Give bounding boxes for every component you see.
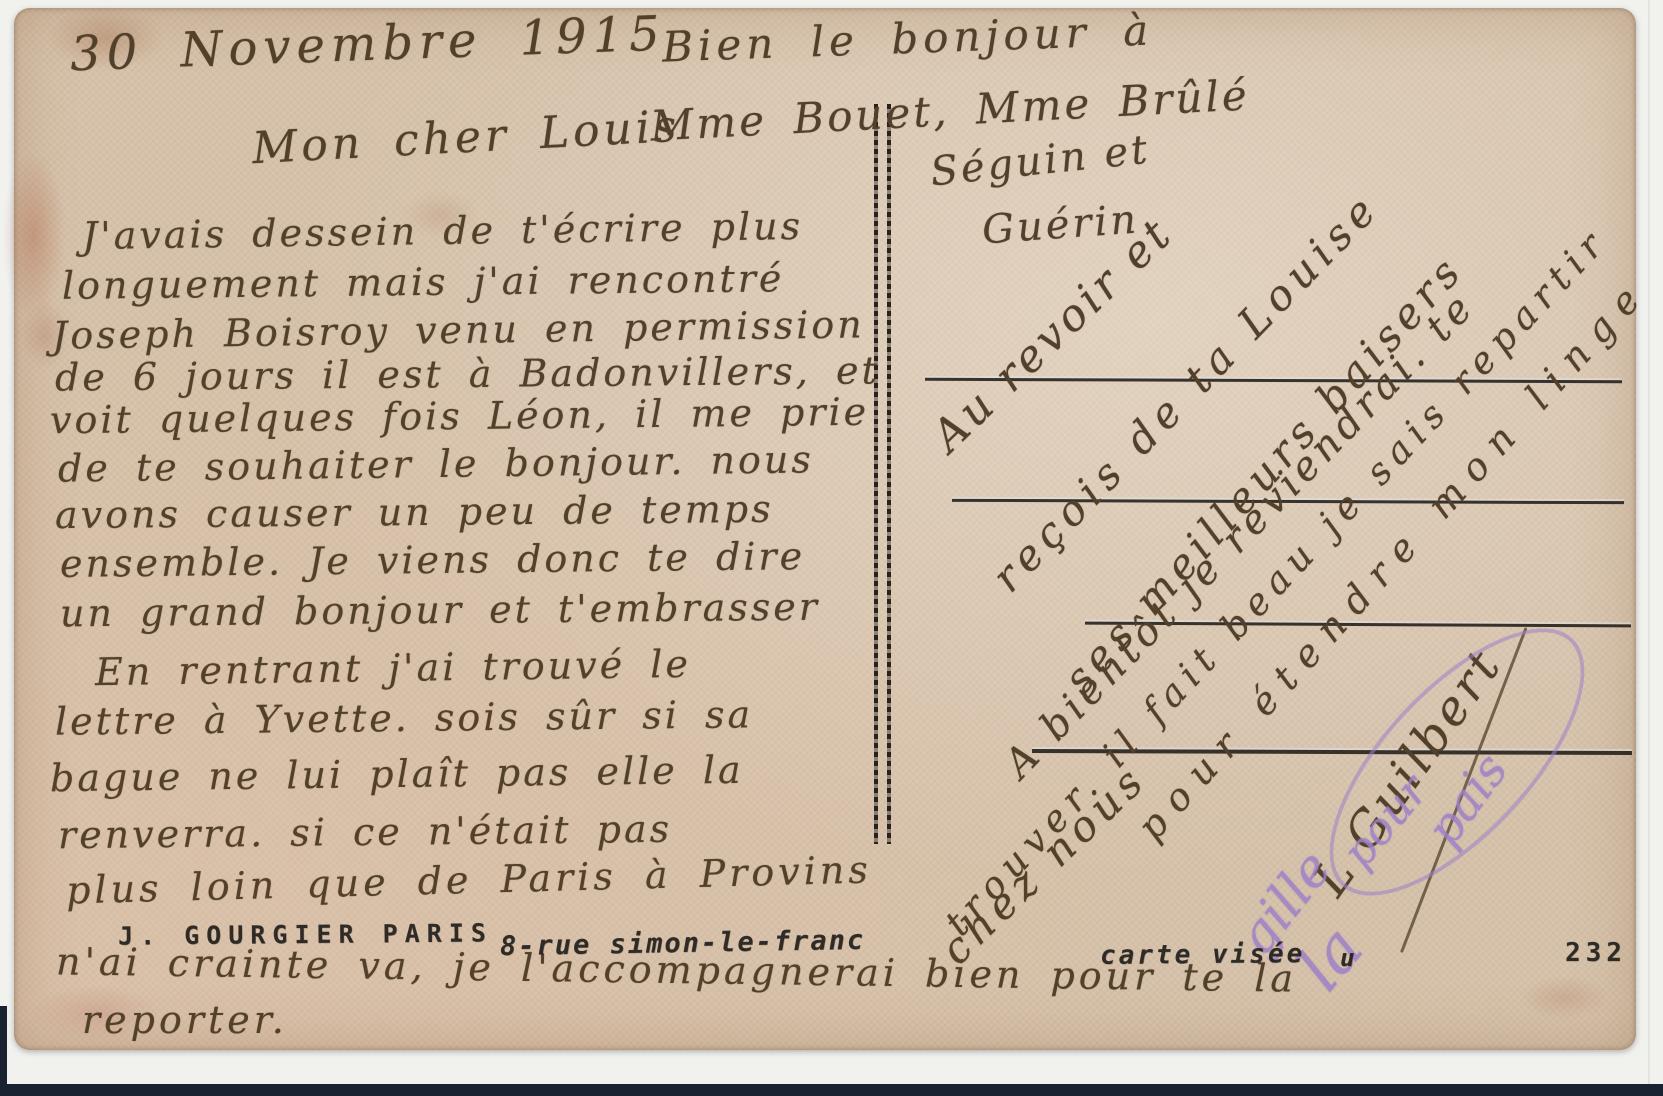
body-line: un grand bonjour et t'embrasser <box>60 585 820 636</box>
scan-mat-line <box>1648 0 1650 1096</box>
body-line: En rentrant j'ai trouvé le <box>95 642 691 694</box>
postcard-scan: 30 Novembre 1915 Bien le bonjour à Mme B… <box>0 0 1663 1096</box>
body-line: renverra. si ce n'était pas <box>58 807 673 857</box>
body-line: avons causer un peu de temps <box>55 487 774 537</box>
publisher-address-stamp: 8-rue simon-le-franc <box>500 925 866 962</box>
control-number: 232 <box>1565 938 1627 968</box>
body-line: longuement mais j'ai rencontré <box>62 256 785 308</box>
footer-line-reporter: reporter. <box>82 998 288 1042</box>
divider-line-left <box>874 104 878 844</box>
body-line: ensemble. Je viens donc te dire <box>60 534 806 586</box>
scan-edge-left <box>0 1006 7 1092</box>
body-line: lettre à Yvette. sois sûr si sa <box>55 692 754 743</box>
divider-line-right <box>887 104 891 844</box>
body-line: voit quelques fois Léon, il me prie <box>50 390 870 443</box>
body-line: bague ne lui plaît pas elle la <box>50 748 744 800</box>
publisher-stamp: J. GOURGIER PARIS <box>118 918 493 950</box>
censor-stamp: carte visée <box>1100 939 1305 971</box>
body-line: de te souhaiter le bonjour. nous <box>58 437 814 490</box>
scan-edge-bottom <box>0 1084 1663 1096</box>
censor-mark: u <box>1340 944 1354 972</box>
